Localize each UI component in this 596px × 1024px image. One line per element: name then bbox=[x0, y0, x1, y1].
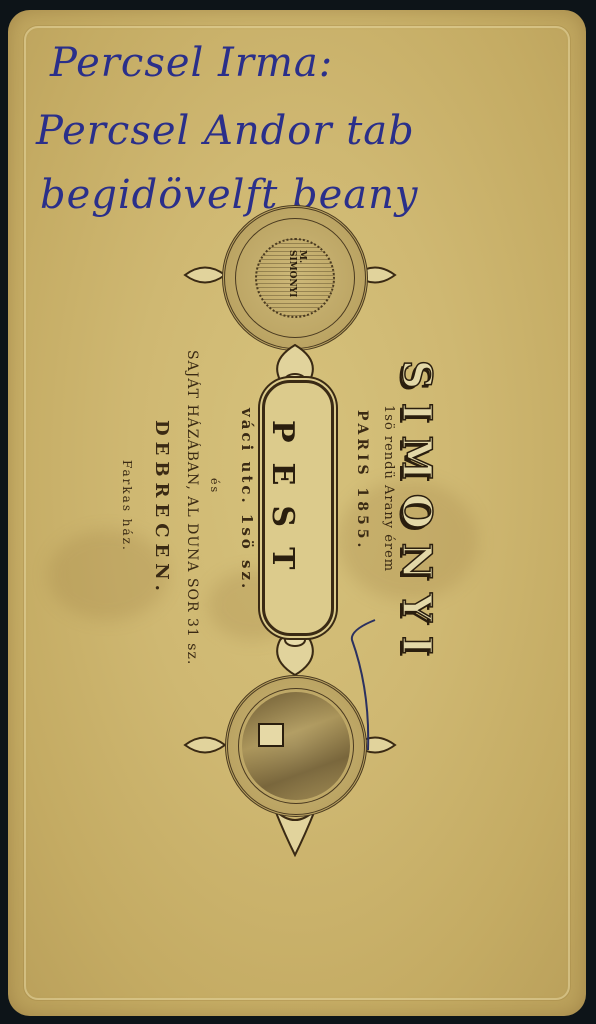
exhibition: PARIS 1855. bbox=[354, 410, 370, 551]
pen-stroke bbox=[340, 580, 400, 760]
address-branch: Farkas ház. bbox=[120, 460, 134, 552]
exposition-medal-icon: M. SIMONYI bbox=[222, 205, 368, 351]
city-main: PEST bbox=[265, 420, 300, 589]
studio-name: SIMONYI bbox=[393, 360, 440, 669]
medal-text: M. SIMONYI bbox=[287, 250, 307, 308]
address-main: váci utc. 1sö sz. bbox=[238, 408, 256, 591]
conjunction: és bbox=[208, 478, 221, 494]
stain bbox=[48, 530, 168, 620]
handwriting-line-1: Percsel Irma: bbox=[50, 40, 333, 86]
address-second: SAJÁT HÁZÁBAN, AL DUNA SOR 31 sz. bbox=[184, 350, 200, 665]
city-branch: DEBRECEN. bbox=[151, 420, 172, 597]
handwriting-line-2: Percsel Andor tab bbox=[36, 108, 415, 154]
handwriting-line-3: begidövelft beany bbox=[40, 172, 419, 218]
